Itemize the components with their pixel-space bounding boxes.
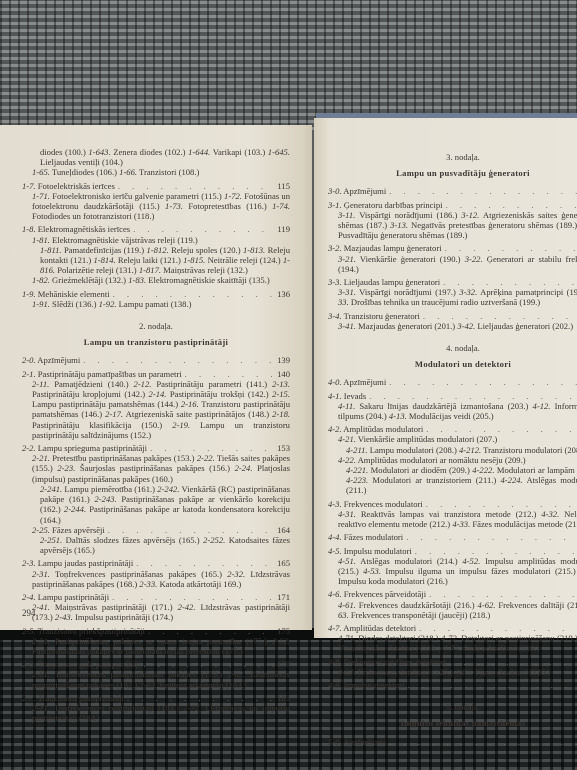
toc-entry-title: 4-3. Frekvences modulatori: [328, 499, 423, 509]
toc-page-number: 115: [277, 181, 290, 191]
toc-entry: 1-811. Pamatdefinīcijas (119.) 1-812. Re…: [22, 245, 290, 276]
chapter-title: Impulsu tehnikas pamatshēmas: [328, 718, 577, 728]
section-number: 4-82.: [455, 667, 473, 677]
dot-leader: . . . . . . . . . . . . . . . . . . . . …: [446, 200, 577, 210]
section-number: 4-62.: [478, 600, 496, 610]
section-number: 2-13.: [272, 379, 290, 389]
section-number: 2-42.: [178, 602, 196, 612]
section-number: 1-816.: [40, 255, 290, 275]
section-number: 1-73.: [165, 201, 183, 211]
dot-leader: . . . . . . . . . . . . . . . . . . . . …: [143, 659, 274, 669]
dot-leader: . . . . . . . . . . . . . . . . . . . . …: [113, 289, 275, 299]
section-number: 2-33.: [139, 579, 157, 589]
toc-entry-text: 3-21. Vienkāršie ģeneratori (190.) 3-22.…: [338, 254, 577, 274]
toc-entry: 2-241. Lampu piemērotība (161.) 2-242. V…: [22, 484, 290, 525]
chapter-number: 3. nodaļa.: [328, 152, 577, 162]
toc-entry: 4-31. Reaktīvās lampas vai tranzistora m…: [328, 509, 577, 529]
section-number: 1-817.: [139, 265, 161, 275]
section-number: 1-812.: [146, 245, 168, 255]
section-number: 2-18.: [272, 409, 290, 419]
toc-entry: 2-0. Apzīmējumi. . . . . . . . . . . . .…: [22, 355, 290, 365]
toc-entry: 4-0. Apzīmējumi. . . . . . . . . . . . .…: [328, 377, 577, 387]
section-number: 4-72.: [441, 633, 459, 643]
section-number: 2-72.: [183, 703, 201, 713]
toc-entry: 2-4. Lampu pastiprinātāji. . . . . . . .…: [22, 592, 290, 602]
toc-entry: 1-8. Elektromagnētiskās ierīces. . . . .…: [22, 224, 290, 234]
section-number: 4-9.: [328, 680, 342, 690]
section-number: 1-74.: [272, 201, 290, 211]
chapter-number: 4. nodaļa.: [328, 343, 577, 353]
section-number: 4-0.: [328, 377, 342, 387]
section-number: 3-41.: [338, 321, 356, 331]
chapter5-entries: 5-0. Apzīmējumi. . . . . . . . . . . . .…: [328, 737, 577, 747]
toc-entry: 2-31. Toņfrekvences pastiprināšanas pakā…: [22, 569, 290, 589]
toc-entry: 3-3. Lieljaudas lampu ģeneratori. . . . …: [328, 277, 577, 287]
toc-entry-text: 1-71. Fotoelektronisko ierīču galvenie p…: [32, 191, 290, 221]
section-number: 1-813.: [243, 245, 265, 255]
toc-entry: 4-8. Frekvences un fāzes detektori. . . …: [328, 657, 577, 667]
section-number: 2-2.: [22, 443, 36, 453]
toc-entry-title: 3-3. Lieljaudas lampu ģeneratori: [328, 277, 440, 287]
dot-leader: . . . . . . . . . . . . . . . . . . . . …: [426, 424, 577, 434]
chapter-number: 2. nodaļa.: [22, 321, 290, 331]
toc-entry-title: 2-25. Fāzes apvērsēji: [32, 525, 105, 535]
section-number: 4-4.: [328, 532, 342, 542]
toc-entry: 4-81. Frekvences detektori (220.) 4-82. …: [328, 667, 577, 677]
toc-page-number: 139: [277, 355, 290, 365]
section-number: 4-1.: [328, 391, 342, 401]
toc-entry: 5-0. Apzīmējumi. . . . . . . . . . . . .…: [328, 737, 577, 747]
section-number: 3-1.: [328, 200, 342, 210]
section-number: 3-12.: [461, 210, 479, 220]
section-number: 2-11.: [32, 379, 49, 389]
section-number: 4-31.: [338, 509, 356, 519]
dot-leader: . . . . . . . . . . . . . . . . . . . . …: [449, 657, 577, 667]
section-number: 2-62.: [227, 669, 245, 679]
toc-entry-title: 2-2. Lampu sprieguma pastiprinātāji: [22, 443, 147, 453]
toc-page-number: 165: [277, 558, 290, 568]
toc-entry: 4-11. Sakaru līnijas daudzkārtējā izmant…: [328, 401, 577, 421]
left-page: diodes (100.) 1-643. Zenera diodes (102.…: [0, 125, 312, 630]
chapter-title: Lampu un pusvadītāju ģeneratori: [328, 168, 577, 178]
toc-entry-text: 4-22. Amplitūdas modulatori ar nomāktu n…: [338, 455, 526, 465]
toc-entry-text: 1-81. Elektromagnētiskie vājstrāvas rele…: [32, 235, 198, 245]
toc-entry-text: diodes (100.) 1-643. Zenera diodes (102.…: [40, 147, 290, 167]
toc-entry: 3-1. Ģeneratoru darbības principi. . . .…: [328, 200, 577, 210]
toc-entry-title: 4-2. Amplitūdas modulatori: [328, 424, 423, 434]
section-number: 2-252.: [203, 535, 225, 545]
section-number: 3-32.: [459, 287, 477, 297]
section-number: 1-82.: [32, 275, 50, 285]
section-number: 4-61.: [338, 600, 356, 610]
toc-page-number: 119: [277, 224, 290, 234]
dot-leader: . . . . . . . . . . . . . . . . . . . . …: [423, 311, 577, 321]
right-page-toc: 3. nodaļa. Lampu un pusvadītāju ģenerato…: [328, 152, 577, 747]
section-number: 5-0.: [328, 737, 342, 747]
toc-entry-text: 2-31. Toņfrekvences pastiprināšanas pakā…: [32, 569, 290, 589]
toc-page-number: 183: [277, 693, 290, 703]
section-number: 3-0.: [328, 186, 342, 196]
toc-entry-text: 2-51. Pastiprināšanas pakāpes ar mazu ie…: [32, 636, 290, 656]
section-number: 4-211.: [346, 445, 368, 455]
section-number: 2-24.: [235, 463, 253, 473]
section-number: 4-63.: [338, 600, 577, 620]
toc-entry: diodes (100.) 1-643. Zenera diodes (102.…: [22, 147, 290, 167]
section-number: 1-644.: [188, 147, 210, 157]
toc-entry-title: 2-5. Tranzistoru priekšpastiprinātāji: [22, 626, 145, 636]
dot-leader: . . . . . . . . . . . . . . . . . . . . …: [445, 243, 577, 253]
toc-entry: 2-71. Toņfrekvences pastiprinātāji (183.…: [22, 703, 290, 723]
toc-entry: 1-71. Fotoelektronisko ierīču galvenie p…: [22, 191, 290, 222]
toc-entry-title: 4-8. Frekvences un fāzes detektori: [328, 657, 446, 667]
section-number: 2-15.: [272, 389, 290, 399]
toc-entry-title: 3-4. Tranzistoru ģeneratori: [328, 311, 420, 321]
section-number: 1-8.: [22, 224, 36, 234]
toc-entry-title: 4-1. Ievads: [328, 391, 366, 401]
toc-entry-text: 2-21. Pretestību pastiprināšanas pakāpes…: [32, 453, 290, 483]
toc-entry-text: 4-11. Sakaru līnijas daudzkārtējā izmant…: [338, 401, 577, 421]
toc-entry-title: 4-7. Amplitūdas detektori: [328, 623, 416, 633]
toc-entry: 4-221. Modulatori ar diodēm (209.) 4-222…: [328, 465, 577, 496]
toc-page-number: 153: [277, 443, 290, 453]
section-number: 4-71.: [338, 633, 356, 643]
section-number: 4-212.: [459, 445, 481, 455]
chapter-title: Lampu un tranzistoru pastiprinātāji: [22, 337, 290, 347]
toc-entry: 4-22. Amplitūdas modulatori ar nomāktu n…: [328, 455, 577, 465]
section-number: 2-71.: [32, 703, 50, 713]
section-number: 1-71.: [32, 191, 50, 201]
toc-entry: 1-65. Tuneļdiodes (106.) 1-66. Tranzisto…: [22, 167, 290, 177]
section-number: 4-3.: [328, 499, 342, 509]
toc-entry-title: 3-2. Mazjaudas lampu ģeneratori: [328, 243, 442, 253]
section-number: 1-9.: [22, 289, 36, 299]
toc-entry: 2-25. Fāzes apvērsēji. . . . . . . . . .…: [22, 525, 290, 535]
section-number: 1-66.: [119, 167, 137, 177]
section-number: 2-21.: [32, 453, 50, 463]
section-number: 1-814.: [93, 255, 115, 265]
toc-entry: 4-3. Frekvences modulatori. . . . . . . …: [328, 499, 577, 509]
dot-leader: . . . . . . . . . . . . . . . . . . . . …: [389, 737, 577, 747]
toc-entry: 3-31. Vispārīgi norādījumi (197.) 3-32. …: [328, 287, 577, 307]
dot-leader: . . . . . . . . . . . . . . . . . . . . …: [389, 186, 577, 196]
toc-entry-title: 2-4. Lampu pastiprinātāji: [22, 592, 109, 602]
toc-entry-text: 4-61. Frekvences daudzkāršotāji (216.) 4…: [338, 600, 577, 620]
toc-entry: 4-61. Frekvences daudzkāršotāji (216.) 4…: [328, 600, 577, 620]
toc-entry: 2-251. Dalītās slodzes fāzes apvērsējs (…: [22, 535, 290, 555]
toc-entry: 1-81. Elektromagnētiskie vājstrāvas rele…: [22, 235, 290, 245]
chapter-number: 5. nodaļa.: [328, 702, 577, 712]
toc-entry-text: 2-41. Maiņstrāvas pastiprinātāji (171.) …: [32, 602, 290, 622]
toc-entry: 3-0. Apzīmējumi. . . . . . . . . . . . .…: [328, 186, 577, 196]
section-number: 4-12.: [533, 401, 551, 411]
toc-entry-text: 1-82. Grieźmeklētāji (132.) 1-83. Elektr…: [32, 275, 270, 285]
toc-entry-title: 4-0. Apzīmējumi: [328, 377, 386, 387]
toc-entry: 3-21. Vienkāršie ģeneratori (190.) 3-22.…: [328, 254, 577, 274]
toc-entry: 4-51. Atslēgas modulatori (214.) 4-52. I…: [328, 556, 577, 587]
section-number: 4-51.: [338, 556, 356, 566]
toc-entry-text: 4-221. Modulatori ar diodēm (209.) 4-222…: [346, 465, 577, 495]
section-number: 3-11.: [338, 210, 355, 220]
section-number: 2-5.: [22, 626, 36, 636]
toc-entry-text: 2-251. Dalītās slodzes fāzes apvērsējs (…: [40, 535, 290, 555]
section-number: 2-251.: [40, 535, 62, 545]
dot-leader: . . . . . . . . . . . . . . . . . . . . …: [112, 592, 274, 602]
toc-entry: 4-9. Impulsu detektori. . . . . . . . . …: [328, 680, 577, 690]
section-number: 4-53.: [363, 566, 381, 576]
section-number: 1-7.: [22, 181, 36, 191]
section-number: 4-5.: [328, 546, 342, 556]
section-number: 4-2.: [328, 424, 342, 434]
section-number: 2-61.: [32, 669, 50, 679]
toc-entry: 2-61. Toņfrekvences pastiprināšanas pakā…: [22, 669, 290, 689]
toc-entry: 4-21. Vienkāršie amplitūdas modulatori (…: [328, 434, 577, 444]
chapter3-entries: 3-0. Apzīmējumi. . . . . . . . . . . . .…: [328, 186, 577, 331]
toc-entry: 4-6. Frekvences pārveidotāji. . . . . . …: [328, 589, 577, 599]
toc-entry-title: 2-3. Lampu jaudas pastiprinātāji: [22, 558, 133, 568]
toc-entry: 4-2. Amplitūdas modulatori. . . . . . . …: [328, 424, 577, 434]
section-number: 1-645.: [268, 147, 290, 157]
toc-entry-text: 3-11. Vispārīgi norādījumi (186.) 3-12. …: [338, 210, 577, 240]
toc-entry: 4-211. Lampu modulatori (208.) 4-212. Tr…: [328, 445, 577, 455]
toc-entry: 2-7. Tranzistoru pastiprinātāji. . . . .…: [22, 693, 290, 703]
section-number: 2-244.: [64, 504, 86, 514]
dot-leader: . . . . . . . . . . . . . . . . . . . . …: [148, 626, 274, 636]
chapter-title: Modulatori un detektori: [328, 359, 577, 369]
section-number: 2-52.: [272, 636, 290, 646]
section-number: 2-51.: [32, 636, 50, 646]
toc-entry: 2-11. Pamatjēdzieni (140.) 2-12. Pastipr…: [22, 379, 290, 440]
dot-leader: . . . . . . . . . . . . . . . . . . . . …: [150, 443, 274, 453]
dot-leader: . . . . . . . . . . . . . . . . . . . . …: [426, 499, 577, 509]
toc-page-number: 175: [277, 626, 290, 636]
section-number: 1-81.: [32, 235, 50, 245]
toc-entry-text: 3-31. Vispārīgi norādījumi (197.) 3-32. …: [338, 287, 577, 307]
section-number: 3-2.: [328, 243, 342, 253]
toc-entry-title: 1-7. Fotoelektriskās ierīces: [22, 181, 115, 191]
toc-entry-title: 4-9. Impulsu detektori: [328, 680, 405, 690]
section-number: 2-22.: [197, 453, 215, 463]
section-number: 2-7.: [22, 693, 36, 703]
section-number: 4-21.: [338, 434, 356, 444]
section-number: 2-63.: [139, 680, 157, 690]
dot-leader: . . . . . . . . . . . . . . . . . . . . …: [406, 532, 577, 542]
toc-page-number: 164: [277, 525, 290, 535]
toc-entry: 4-4. Fāzes modulatori. . . . . . . . . .…: [328, 532, 577, 542]
left-page-toc: diodes (100.) 1-643. Zenera diodes (102.…: [22, 147, 290, 723]
toc-entry: 1-9. Mehāniskie elementi. . . . . . . . …: [22, 289, 290, 299]
toc-entry-title: 3-0. Apzīmējumi: [328, 186, 386, 196]
toc-entry-text: 4-31. Reaktīvās lampas vai tranzistora m…: [338, 509, 577, 529]
section-number: 1-811.: [40, 245, 62, 255]
section-number: 2-32.: [227, 569, 245, 579]
toc-entry: 4-7. Amplitūdas detektori. . . . . . . .…: [328, 623, 577, 633]
right-page: 3. nodaļa. Lampu un pusvadītāju ģenerato…: [314, 118, 577, 638]
dot-leader: . . . . . . . . . . . . . . . . . . . . …: [419, 623, 577, 633]
section-number: 4-11.: [338, 401, 355, 411]
toc-entry-text: 1-65. Tuneļdiodes (106.) 1-66. Tranzisto…: [32, 167, 199, 177]
toc-page-number: 136: [277, 289, 290, 299]
section-number: 3-21.: [338, 254, 356, 264]
section-number: 2-6.: [22, 659, 36, 669]
section-number: 1-815.: [183, 255, 205, 265]
toc-entry: 4-1. Ievads. . . . . . . . . . . . . . .…: [328, 391, 577, 401]
section-number: 2-3.: [22, 558, 36, 568]
toc-entry-title: 1-8. Elektromagnētiskās ierīces: [22, 224, 130, 234]
toc-entry: 2-3. Lampu jaudas pastiprinātāji. . . . …: [22, 558, 290, 568]
toc-entry-text: 1-91. Slēdži (136.) 1-92. Lampu pamati (…: [32, 299, 191, 309]
section-number: 3-31.: [338, 287, 356, 297]
section-number: 1-72.: [224, 191, 242, 201]
toc-entry: 2-51. Pastiprināšanas pakāpes ar mazu ie…: [22, 636, 290, 656]
dot-leader: . . . . . . . . . . . . . . . . . . . . …: [108, 525, 274, 535]
page-number: 294: [22, 608, 36, 618]
section-number: 4-13.: [389, 411, 407, 421]
dot-leader: . . . . . . . . . . . . . . . . . . . . …: [443, 277, 577, 287]
toc-entry-text: 4-81. Frekvences detektori (220.) 4-82. …: [338, 667, 550, 677]
toc-entry-text: 1-811. Pamatdefinīcijas (119.) 1-812. Re…: [40, 245, 290, 275]
toc-entry-text: 2-11. Pamatjēdzieni (140.) 2-12. Pastipr…: [32, 379, 290, 440]
dot-leader: . . . . . . . . . . . . . . . . . . . . …: [415, 546, 577, 556]
section-number: 2-17.: [105, 409, 123, 419]
dot-leader: . . . . . . . . . . . . . . . . . . . . …: [369, 391, 577, 401]
section-number: 4-81.: [338, 667, 356, 677]
toc-entry: 2-1. Pastiprinātāju pamatīpašības un par…: [22, 369, 290, 379]
chapter1-tail: diodes (100.) 1-643. Zenera diodes (102.…: [22, 147, 290, 309]
chapter2-entries: 2-0. Apzīmējumi. . . . . . . . . . . . .…: [22, 355, 290, 723]
dot-leader: . . . . . . . . . . . . . . . . . . . . …: [118, 181, 275, 191]
section-number: 2-16.: [181, 399, 199, 409]
section-number: 2-241.: [40, 484, 62, 494]
toc-entry-title: 5-0. Apzīmējumi: [328, 737, 386, 747]
section-number: 2-23.: [57, 463, 75, 473]
section-number: 1-92.: [99, 299, 117, 309]
section-number: 4-33.: [452, 519, 470, 529]
toc-entry: 1-7. Fotoelektriskās ierīces. . . . . . …: [22, 181, 290, 191]
section-number: 4-52.: [462, 556, 480, 566]
chapter4-entries: 4-0. Apzīmējumi. . . . . . . . . . . . .…: [328, 377, 577, 690]
section-number: 4-8.: [328, 657, 342, 667]
section-number: 2-0.: [22, 355, 36, 365]
section-number: 2-14.: [149, 389, 167, 399]
toc-entry: 2-41. Maiņstrāvas pastiprinātāji (171.) …: [22, 602, 290, 622]
section-number: 4-221.: [346, 465, 368, 475]
section-number: 3-13.: [390, 220, 408, 230]
toc-entry-title: 1-9. Mehāniskie elementi: [22, 289, 110, 299]
toc-entry-text: 2-61. Toņfrekvences pastiprināšanas pakā…: [32, 669, 290, 689]
toc-page-number: 171: [277, 592, 290, 602]
section-number: 2-242.: [157, 484, 179, 494]
section-number: 4-224.: [501, 475, 523, 485]
toc-entry: 2-5. Tranzistoru priekšpastiprinātāji. .…: [22, 626, 290, 636]
toc-entry-text: 3-41. Mazjaudas ģeneratori (201.) 3-42. …: [338, 321, 573, 331]
toc-entry-title: 2-7. Tranzistoru pastiprinātāji: [22, 693, 124, 703]
section-number: 2-1.: [22, 369, 36, 379]
section-number: 4-222.: [472, 465, 494, 475]
toc-entry: 3-2. Mazjaudas lampu ģeneratori. . . . .…: [328, 243, 577, 253]
toc-entry: 2-6. Tranzistoru gala pastiprinātāji. . …: [22, 659, 290, 669]
toc-entry-title: 4-4. Fāzes modulatori: [328, 532, 403, 542]
section-number: 4-74.: [443, 643, 461, 653]
dot-leader: . . . . . . . . . . . . . . . . . . . . …: [133, 224, 274, 234]
toc-entry: 1-91. Slēdži (136.) 1-92. Lampu pamati (…: [22, 299, 290, 309]
section-number: 4-32.: [541, 509, 559, 519]
section-number: 4-223.: [346, 475, 368, 485]
section-number: 3-3.: [328, 277, 342, 287]
section-number: 3-42.: [457, 321, 475, 331]
toc-entry: 3-41. Mazjaudas ģeneratori (201.) 3-42. …: [328, 321, 577, 331]
toc-entry: 2-2. Lampu sprieguma pastiprinātāji. . .…: [22, 443, 290, 453]
section-number: 1-643.: [88, 147, 110, 157]
section-number: 3-22.: [465, 254, 483, 264]
section-number: 2-25.: [32, 525, 50, 535]
dot-leader: . . . . . . . . . . . . . . . . . . . . …: [127, 693, 274, 703]
section-number: 4-6.: [328, 589, 342, 599]
dot-leader: . . . . . . . . . . . . . . . . . . . . …: [136, 558, 274, 568]
toc-entry: 3-4. Tranzistoru ģeneratori. . . . . . .…: [328, 311, 577, 321]
section-number: 3-4.: [328, 311, 342, 321]
toc-entry-title: 2-6. Tranzistoru gala pastiprinātāji: [22, 659, 140, 669]
toc-page-number: 140: [277, 369, 290, 379]
toc-entry-title: 4-6. Frekvences pārveidotāji: [328, 589, 426, 599]
section-number: 2-4.: [22, 592, 36, 602]
toc-entry-text: 2-71. Toņfrekvences pastiprinātāji (183.…: [32, 703, 290, 723]
section-number: 2-31.: [32, 569, 50, 579]
toc-entry-title: 2-0. Apzīmējumi: [22, 355, 80, 365]
toc-entry-text: 2-241. Lampu piemērotība (161.) 2-242. V…: [40, 484, 290, 525]
dot-leader: . . . . . . . . . . . . . . . . . . . . …: [83, 355, 274, 365]
section-number: 2-243.: [94, 494, 116, 504]
toc-entry-title: 4-5. Impulsu modulatori: [328, 546, 412, 556]
section-number: 4-22.: [338, 455, 356, 465]
dot-leader: . . . . . . . . . . . . . . . . . . . . …: [408, 680, 577, 690]
toc-entry: 4-71. Diodes detektori (218.) 4-72. Dete…: [328, 633, 577, 653]
section-number: 1-91.: [32, 299, 50, 309]
section-number: 1-83.: [128, 275, 146, 285]
toc-entry: 2-21. Pretestību pastiprināšanas pakāpes…: [22, 453, 290, 484]
toc-entry: 4-5. Impulsu modulatori. . . . . . . . .…: [328, 546, 577, 556]
fabric-background-top: [0, 0, 577, 130]
toc-entry: 1-82. Grieźmeklētāji (132.) 1-83. Elektr…: [22, 275, 290, 285]
toc-entry: 3-11. Vispārīgi norādījumi (186.) 3-12. …: [328, 210, 577, 241]
dot-leader: . . . . . . . . . . . . . . . . . . . . …: [185, 369, 274, 379]
section-number: 4-7.: [328, 623, 342, 633]
dot-leader: . . . . . . . . . . . . . . . . . . . . …: [389, 377, 577, 387]
section-number: 2-19.: [172, 420, 190, 430]
section-number: 2-43.: [55, 612, 73, 622]
toc-entry-title: 2-1. Pastiprinātāju pamatīpašības un par…: [22, 369, 182, 379]
toc-entry-text: 4-211. Lampu modulatori (208.) 4-212. Tr…: [346, 445, 577, 455]
dot-leader: . . . . . . . . . . . . . . . . . . . . …: [429, 589, 577, 599]
section-number: 2-12.: [134, 379, 152, 389]
toc-entry-text: 4-21. Vienkāršie amplitūdas modulatori (…: [338, 434, 497, 444]
toc-entry-text: 4-71. Diodes detektori (218.) 4-72. Dete…: [338, 633, 577, 653]
toc-entry-title: 3-1. Ģeneratoru darbības principi: [328, 200, 443, 210]
section-number: 3-33.: [338, 287, 577, 307]
toc-page-number: 179: [277, 659, 290, 669]
toc-entry-text: 4-51. Atslēgas modulatori (214.) 4-52. I…: [338, 556, 577, 586]
section-number: 1-65.: [32, 167, 50, 177]
